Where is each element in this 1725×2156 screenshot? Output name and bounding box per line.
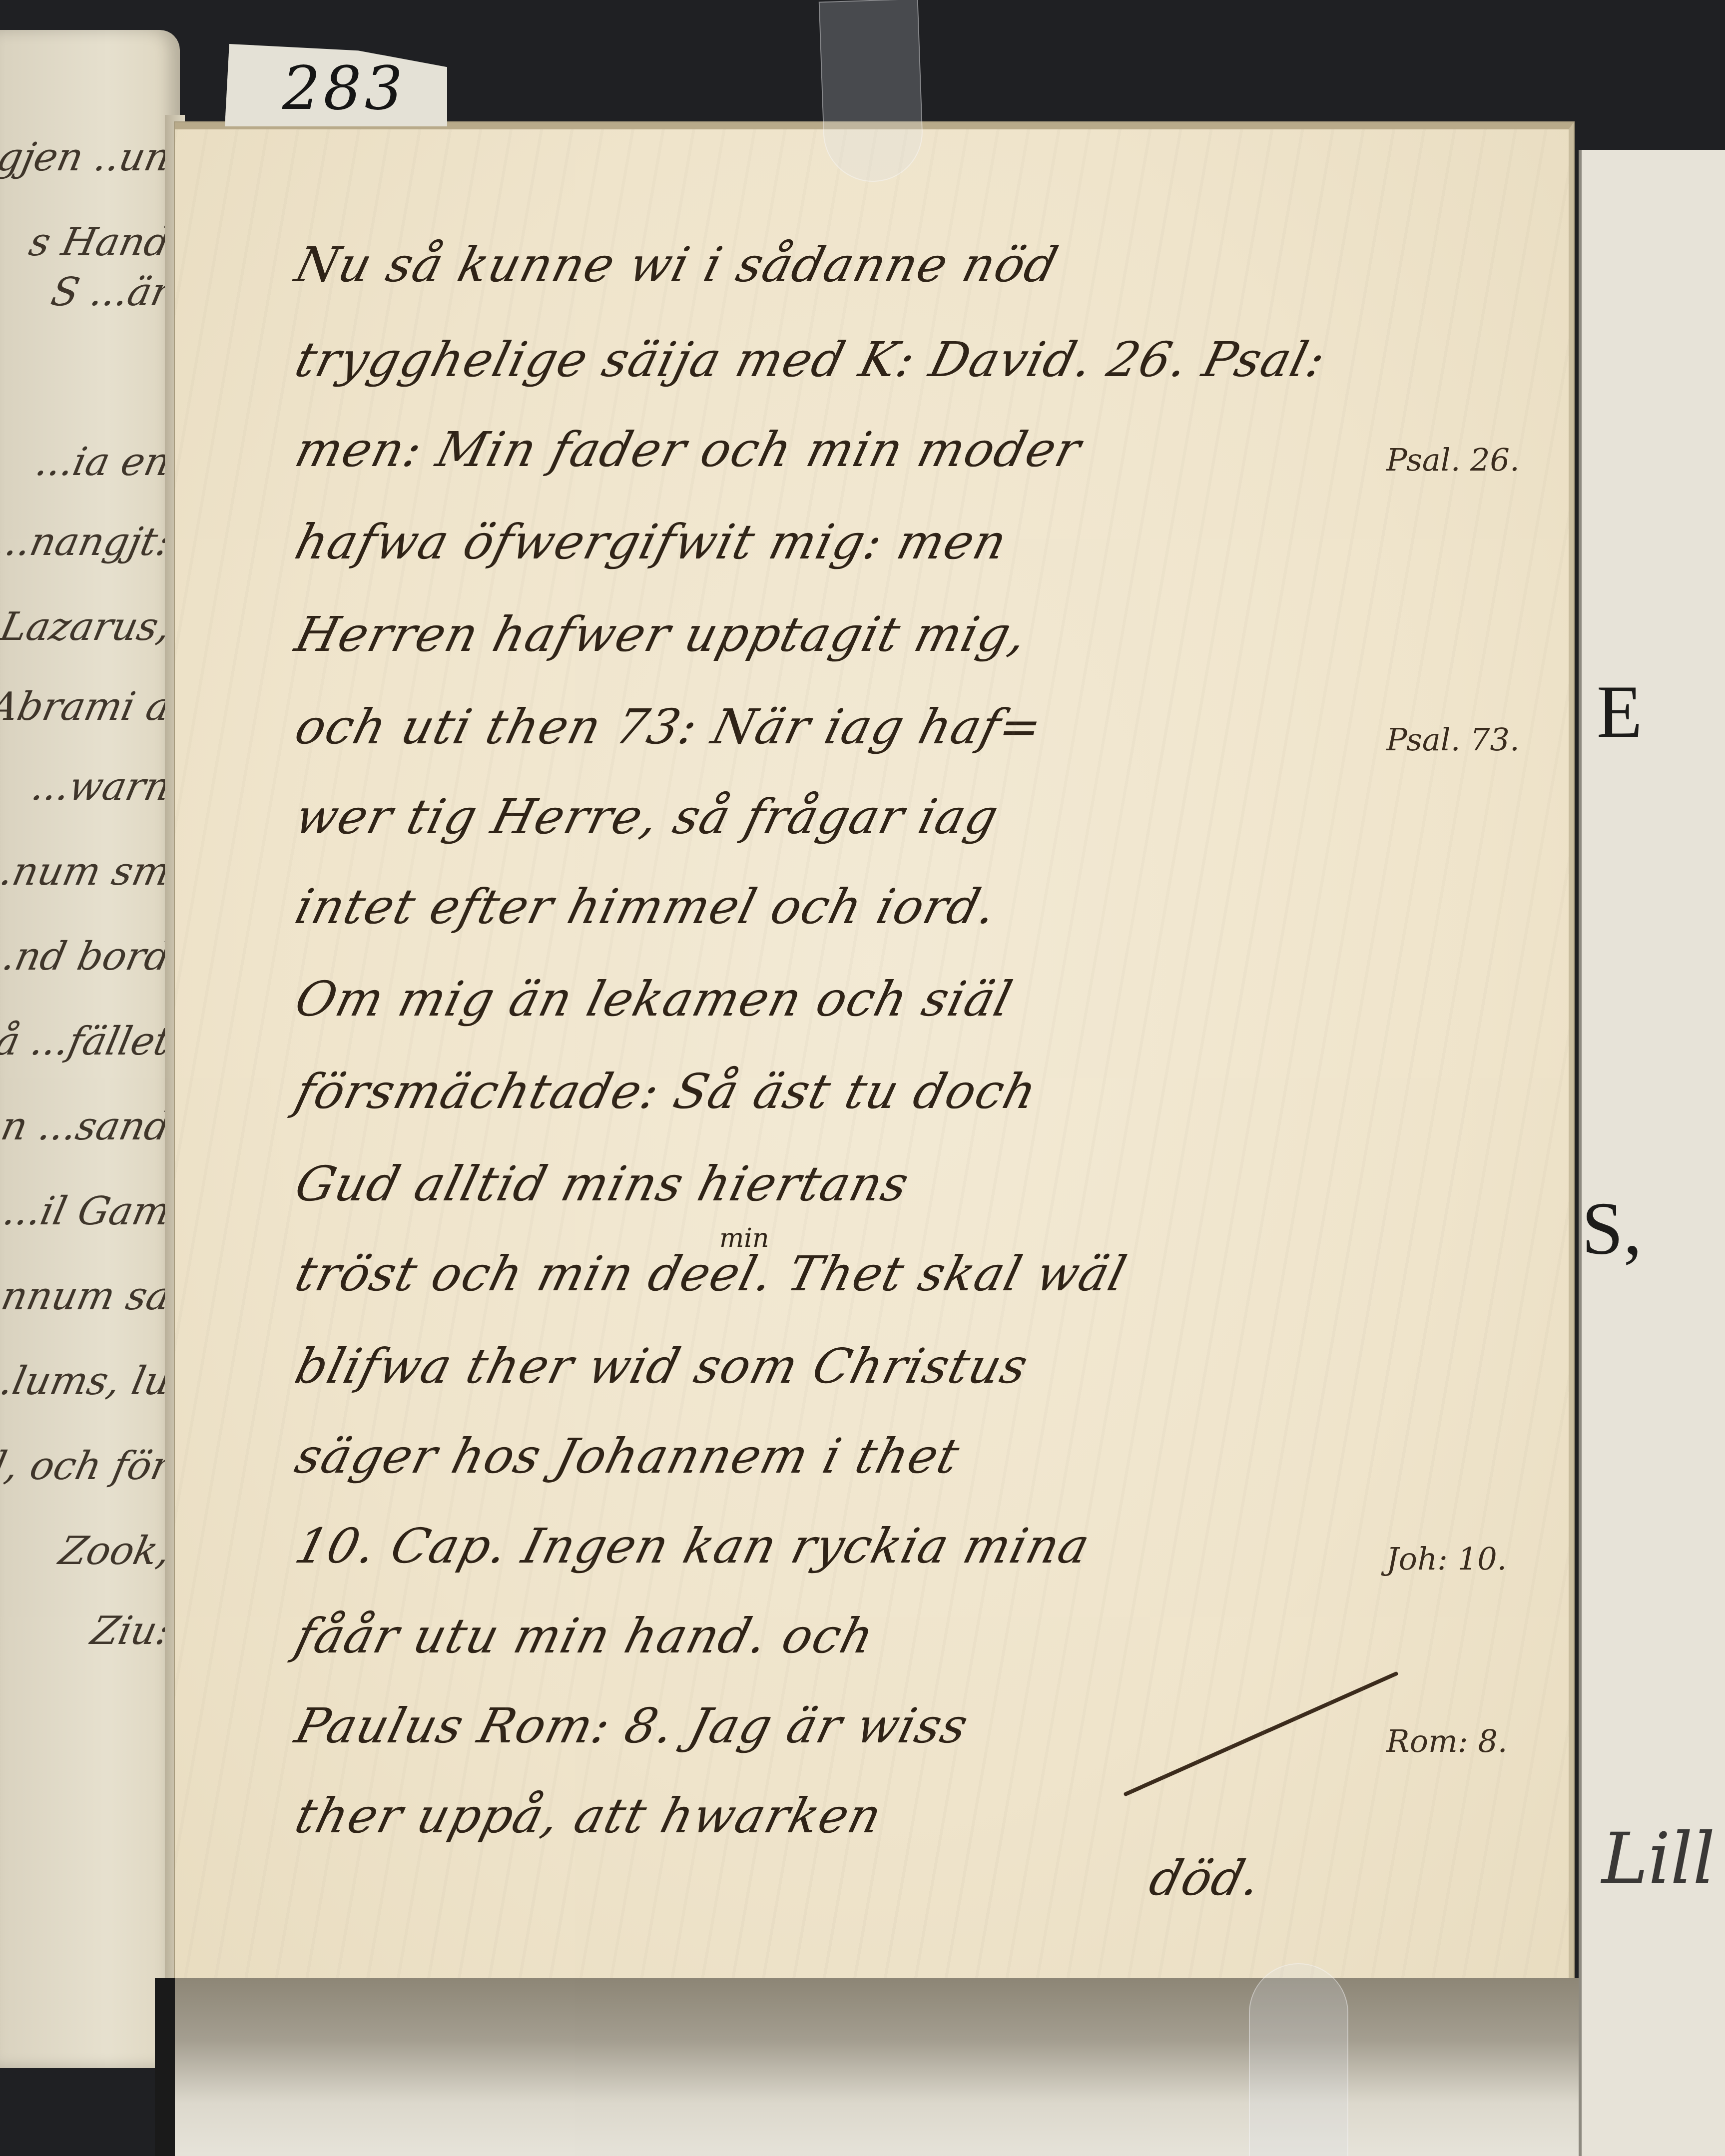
left-page-fragment: ...nnum sa <box>0 1274 175 1319</box>
left-page-fragment: ...n ...n ...sand <box>0 1104 175 1149</box>
text-line: Nu så kunne wi i sådanne nöd <box>290 237 1064 293</box>
text-line: 10. Cap. Ingen kan ryckia mina <box>290 1518 1096 1574</box>
text-line: tröst och min deel. Thet skal wäl <box>290 1246 1133 1302</box>
text-line: intet efter himmel och iord. <box>290 879 1003 935</box>
handwritten-fragment: Lill <box>1602 1818 1715 1900</box>
text-line: och uti then 73: När iag haf= <box>290 699 1049 755</box>
left-page-fragment: Ziu: <box>87 1609 175 1653</box>
left-page-fragment: gjen ..un <box>0 135 175 180</box>
text-line: Paulus Rom: 8. Jag är wiss <box>290 1698 974 1754</box>
left-page-fragment: ...nd bord <box>0 934 175 979</box>
left-page-fragment: ...nangjt: <box>0 520 175 564</box>
page-clip-bottom <box>1249 1963 1348 2156</box>
text-line: Om mig än lekamen och siäl <box>290 971 1018 1027</box>
left-page-fragment: ...warn <box>27 764 174 809</box>
left-page-fragment: ...il Gam <box>0 1189 175 1234</box>
left-page-fragment: ...äl, och för <box>0 1444 175 1489</box>
left-page-fragment: S ...är <box>47 270 175 315</box>
printed-letter: E <box>1597 674 1643 749</box>
left-page-fragment: s Hand <box>25 220 175 265</box>
text-line: men: Min fader och min moder <box>290 422 1087 478</box>
left-page-fragment: så ...fället <box>0 1019 175 1064</box>
folio-number: 283 <box>282 54 406 123</box>
text-line: trygghelige säija med K: David. 26. Psal… <box>290 332 1332 388</box>
margin-note-romans-8: Rom: 8. <box>1386 1723 1508 1759</box>
text-line: fåår utu min hand. och <box>290 1608 880 1664</box>
margin-note-psalm-73: Psal. 73. <box>1386 721 1520 758</box>
right-printed-page: E S, Lill <box>1579 150 1725 2156</box>
left-page-fragment: Abrami a <box>0 684 175 729</box>
text-line: ther uppå, att hwarken <box>290 1788 888 1844</box>
manuscript-page: Nu så kunne wi i sådanne nöd trygghelige… <box>175 122 1574 1988</box>
margin-note-psalm-26: Psal. 26. <box>1386 442 1520 478</box>
left-page-fragment: Lazarus, <box>0 604 175 649</box>
margin-note-john-10: Joh: 10. <box>1386 1541 1507 1577</box>
text-line: försmächtade: Så äst tu doch <box>290 1064 1043 1119</box>
text-line: Gud alltid mins hiertans <box>290 1156 915 1212</box>
background-shadow <box>155 1978 175 2156</box>
left-facing-page: gjen ..un s Hand S ...är ...ia en ...nan… <box>0 30 180 2068</box>
text-line: hafwa öfwergifwit mig: men <box>290 514 1013 570</box>
left-page-fragment: ...lums, lu <box>0 1359 175 1404</box>
text-line: Herren hafwer upptagit mig, <box>290 606 1034 662</box>
text-line: blifwa ther wid som Christus <box>290 1338 1034 1394</box>
left-page-fragment: ...num sm <box>0 849 175 894</box>
closing-flourish <box>1123 1671 1398 1796</box>
folio-tab: 283 <box>225 44 447 126</box>
lower-page-edge <box>165 1978 1579 2156</box>
text-line: död. <box>1144 1850 1267 1906</box>
printed-letter: S, <box>1582 1191 1642 1266</box>
interlinear-insert: min <box>719 1223 769 1253</box>
page-clip-top <box>819 0 925 183</box>
text-line: säger hos Johannem i thet <box>290 1428 966 1484</box>
left-page-fragment: Zook, <box>55 1529 174 1574</box>
text-line: wer tig Herre, så frågar iag <box>290 789 1005 845</box>
left-page-fragment: ...ia en <box>31 440 174 485</box>
